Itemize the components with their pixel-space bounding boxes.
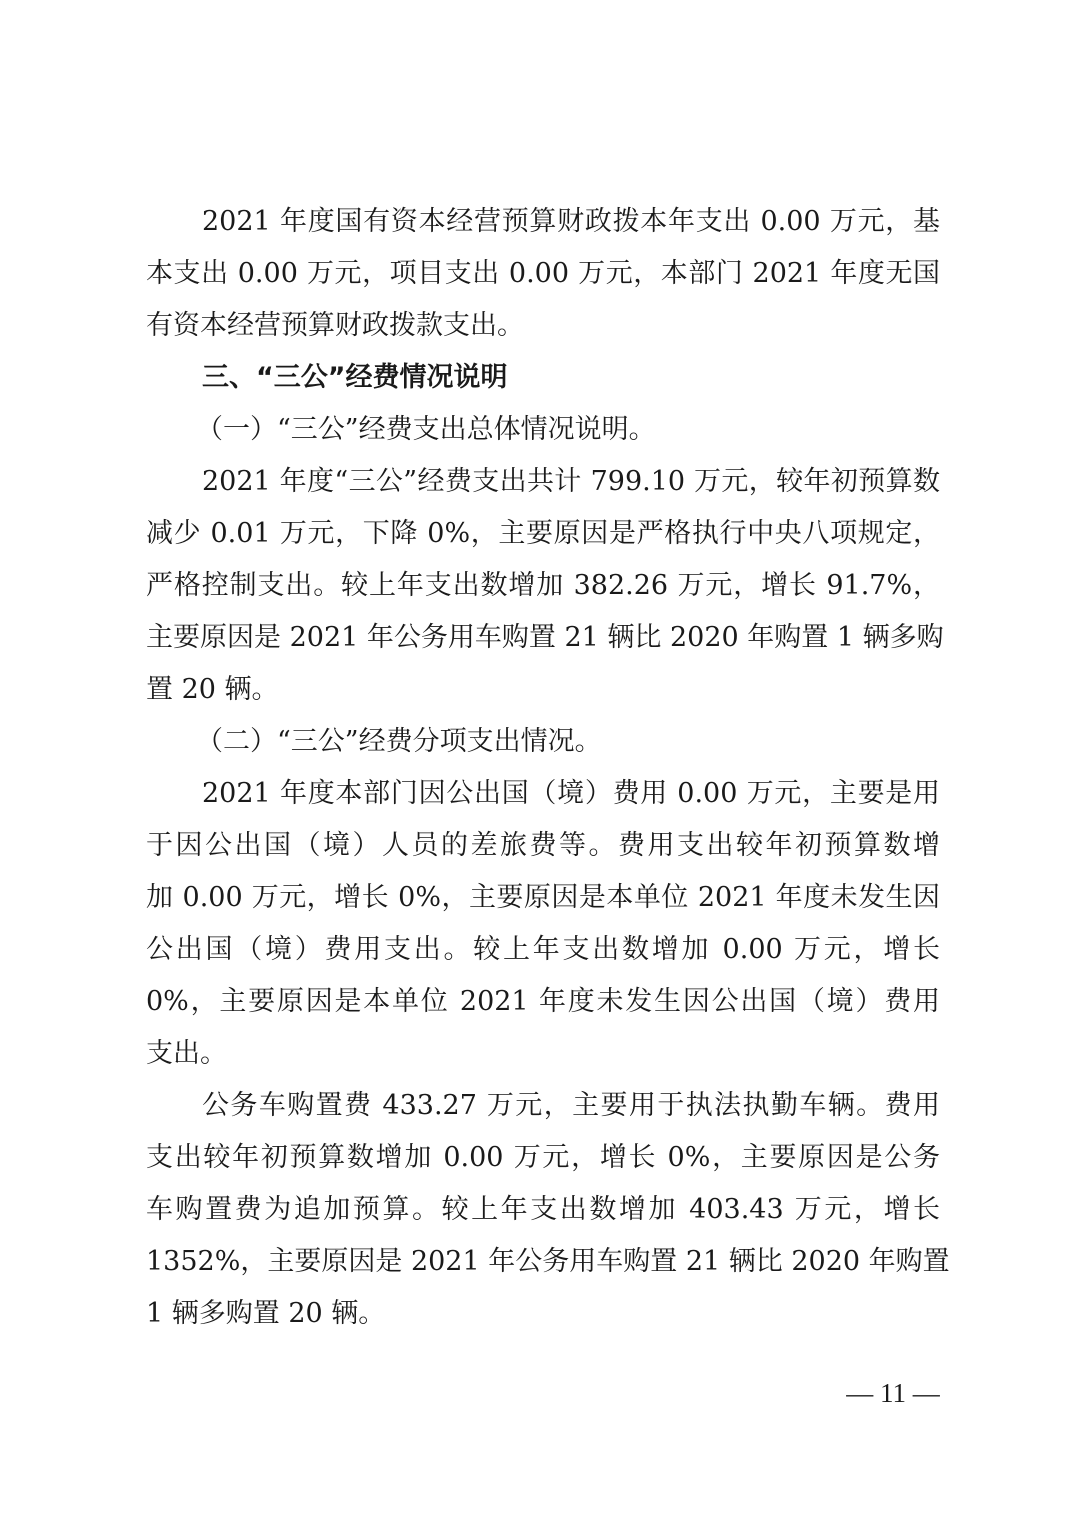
paragraph-4-line-4: 1352%，主要原因是 2021 年公务用车购置 21 辆比 2020 年购置 [146,1242,940,1282]
paragraph-2-line-4: 主要原因是 2021 年公务用车购置 21 辆比 2020 年购置 1 辆多购 [146,618,940,658]
paragraph-4-line-5: 1 辆多购置 20 辆。 [146,1294,940,1334]
paragraph-1-line-2: 本支出 0.00 万元，项目支出 0.00 万元，本部门 2021 年度无国 [146,254,940,294]
paragraph-2-line-2: 减少 0.01 万元，下降 0%，主要原因是严格执行中央八项规定， [146,514,940,554]
subheading-2: （二）“三公”经费分项支出情况。 [196,722,934,762]
paragraph-3-line-5: 0%，主要原因是本单位 2021 年度未发生因公出国（境）费用 [146,982,940,1022]
paragraph-3-line-4: 公出国（境）费用支出。较上年支出数增加 0.00 万元，增长 [146,930,940,970]
paragraph-4-line-1: 公务车购置费 433.27 万元，主要用于执法执勤车辆。费用 [202,1086,940,1126]
paragraph-2-line-5: 置 20 辆。 [146,670,940,710]
paragraph-3-line-1: 2021 年度本部门因公出国（境）费用 0.00 万元，主要是用 [202,774,940,814]
paragraph-1-line-3: 有资本经营预算财政拨款支出。 [146,306,940,346]
paragraph-3-line-3: 加 0.00 万元，增长 0%，主要原因是本单位 2021 年度未发生因 [146,878,940,918]
paragraph-2-line-1: 2021 年度“三公”经费支出共计 799.10 万元，较年初预算数 [202,462,940,502]
paragraph-4-line-2: 支出较年初预算数增加 0.00 万元，增长 0%，主要原因是公务 [146,1138,940,1178]
paragraph-2-line-3: 严格控制支出。较上年支出数增加 382.26 万元，增长 91.7%， [146,566,940,606]
paragraph-4-line-3: 车购置费为追加预算。较上年支出数增加 403.43 万元，增长 [146,1190,940,1230]
paragraph-3-line-2: 于因公出国（境）人员的差旅费等。费用支出较年初预算数增 [146,826,940,866]
page-number: — 11 — [838,1375,948,1411]
section-heading: 三、“三公”经费情况说明 [202,358,940,398]
paragraph-1-line-1: 2021 年度国有资本经营预算财政拨本年支出 0.00 万元，基 [202,202,940,242]
paragraph-3-line-6: 支出。 [146,1034,940,1074]
subheading-1: （一）“三公”经费支出总体情况说明。 [196,410,934,450]
document-page: 2021 年度国有资本经营预算财政拨本年支出 0.00 万元，基 本支出 0.0… [0,0,1074,1520]
